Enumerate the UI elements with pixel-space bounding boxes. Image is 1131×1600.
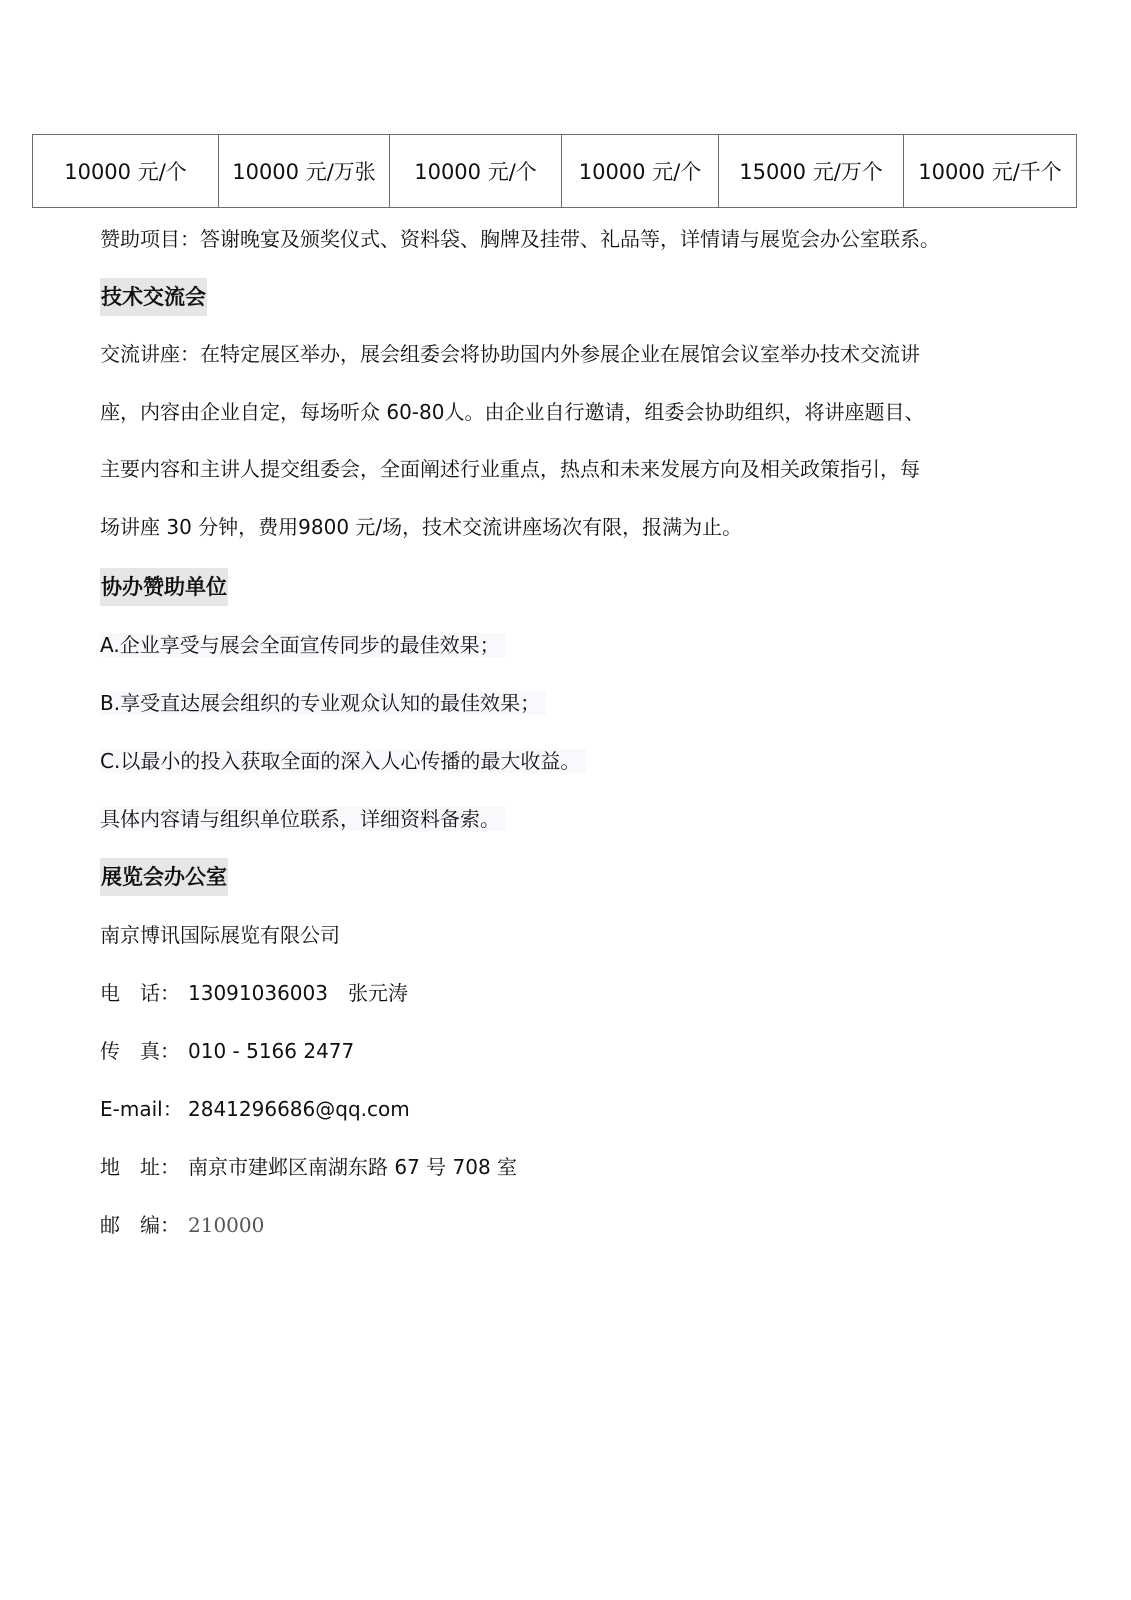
fax-row: 传 真：010 - 5166 2477 — [100, 1036, 354, 1066]
postcode-label: 邮 编： — [100, 1210, 188, 1240]
section-heading-office: 展览会办公室 — [100, 858, 228, 896]
phone-row: 电 话：13091036003 张元涛 — [100, 978, 408, 1008]
paragraph-line: 交流讲座：在特定展区举办，展会组委会将协助国内外参展企业在展馆会议室举办技术交流… — [100, 339, 920, 369]
table-row: 10000 元/个 10000 元/万张 10000 元/个 10000 元/个… — [33, 135, 1077, 208]
section-heading-co-sponsor: 协办赞助单位 — [100, 568, 228, 606]
postcode-value: 210000 — [188, 1213, 264, 1237]
company-name: 南京博讯国际展览有限公司 — [100, 920, 340, 950]
fax-value: 010 - 5166 2477 — [188, 1039, 354, 1063]
address-value: 南京市建邺区南湖东路 67 号 708 室 — [188, 1155, 517, 1179]
price-cell: 10000 元/万张 — [219, 135, 390, 208]
price-cell: 10000 元/个 — [390, 135, 562, 208]
paragraph-line: 主要内容和主讲人提交组委会，全面阐述行业重点，热点和未来发展方向及相关政策指引，… — [100, 454, 920, 484]
address-label: 地 址： — [100, 1152, 188, 1182]
address-row: 地 址：南京市建邺区南湖东路 67 号 708 室 — [100, 1152, 517, 1182]
price-cell: 10000 元/个 — [33, 135, 219, 208]
price-cell: 15000 元/万个 — [719, 135, 904, 208]
email-row: E-mail：2841296686@qq.com — [100, 1094, 410, 1124]
sponsor-items-text: 赞助项目：答谢晚宴及颁奖仪式、资料袋、胸牌及挂带、礼品等，详情请与展览会办公室联… — [100, 224, 940, 254]
phone-value: 13091036003 张元涛 — [188, 981, 408, 1005]
paragraph-line: 场讲座 30 分钟，费用9800 元/场，技术交流讲座场次有限，报满为止。 — [100, 512, 742, 542]
paragraph-line: 座，内容由企业自定，每场听众 60-80人。由企业自行邀请，组委会协助组织，将讲… — [100, 397, 924, 427]
benefit-item-c: C.以最小的投入获取全面的深入人心传播的最大收益。 — [100, 749, 586, 773]
benefit-item-a: A.企业享受与展会全面宣传同步的最佳效果； — [100, 633, 506, 657]
price-cell: 10000 元/个 — [562, 135, 719, 208]
fax-label: 传 真： — [100, 1036, 188, 1066]
section-heading-tech-exchange: 技术交流会 — [100, 278, 207, 316]
price-table: 10000 元/个 10000 元/万张 10000 元/个 10000 元/个… — [32, 134, 1077, 208]
email-value: 2841296686@qq.com — [188, 1097, 410, 1121]
postcode-row: 邮 编：210000 — [100, 1210, 264, 1240]
email-label: E-mail： — [100, 1094, 188, 1124]
phone-label: 电 话： — [100, 978, 188, 1008]
benefit-item-b: B.享受直达展会组织的专业观众认知的最佳效果； — [100, 691, 546, 715]
contact-note: 具体内容请与组织单位联系，详细资料备索。 — [100, 807, 506, 831]
price-cell: 10000 元/千个 — [904, 135, 1077, 208]
